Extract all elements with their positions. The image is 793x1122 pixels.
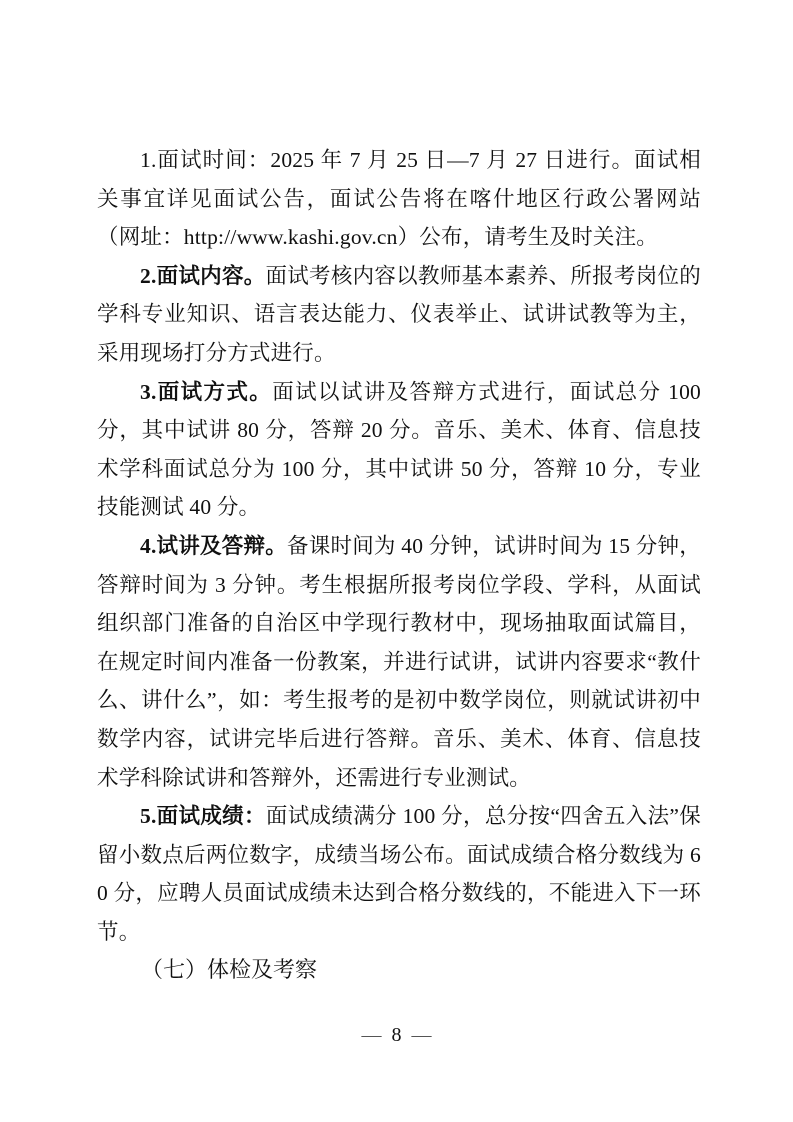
- paragraph-lead: 5.面试成绩：: [140, 804, 266, 828]
- paragraph-text: 备课时间为 40 分钟，试讲时间为 15 分钟，答辩时间为 3 分钟。考生根据所…: [97, 534, 701, 790]
- document-page: 1.面试时间：2025 年 7 月 25 日—7 月 27 日进行。面试相关事宜…: [0, 0, 793, 1122]
- paragraph-lead: 3.面试方式。: [140, 380, 272, 404]
- section-heading-physical-exam: （七）体检及考察: [97, 951, 701, 990]
- paragraph-interview-method: 3.面试方式。面试以试讲及答辩方式进行，面试总分 100 分，其中试讲 80 分…: [97, 373, 701, 527]
- page-content: 1.面试时间：2025 年 7 月 25 日—7 月 27 日进行。面试相关事宜…: [97, 141, 701, 990]
- paragraph-interview-score: 5.面试成绩：面试成绩满分 100 分，总分按“四舍五入法”保留小数点后两位数字…: [97, 797, 701, 951]
- paragraph-lead: 4.试讲及答辩。: [140, 534, 287, 558]
- footer-dash-right: —: [412, 1024, 432, 1046]
- page-number: 8: [392, 1024, 402, 1046]
- footer-dash-left: —: [362, 1024, 382, 1046]
- paragraph-interview-time: 1.面试时间：2025 年 7 月 25 日—7 月 27 日进行。面试相关事宜…: [97, 141, 701, 257]
- paragraph-lead: 1.面试时间：: [140, 148, 270, 172]
- paragraph-lead: 2.面试内容。: [140, 264, 266, 288]
- paragraph-trial-lecture: 4.试讲及答辩。备课时间为 40 分钟，试讲时间为 15 分钟，答辩时间为 3 …: [97, 527, 701, 797]
- paragraph-interview-content: 2.面试内容。面试考核内容以教师基本素养、所报考岗位的学科专业知识、语言表达能力…: [97, 257, 701, 373]
- page-footer: —8—: [0, 1020, 793, 1050]
